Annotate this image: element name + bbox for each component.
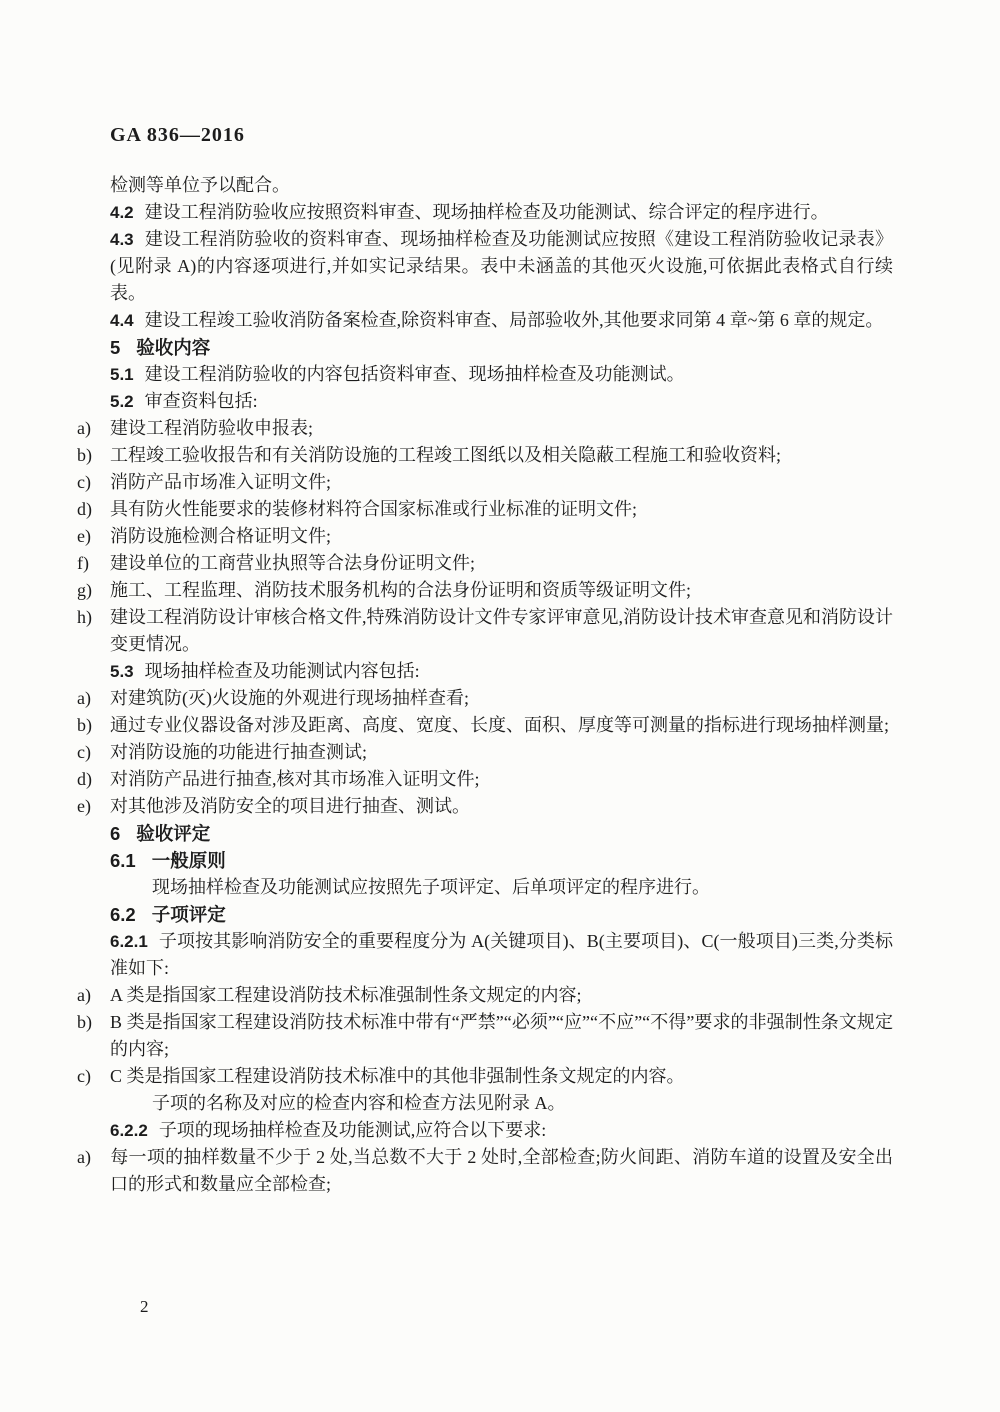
clause-number: 5.1 [110,365,134,384]
standard-code-header: GA 836—2016 [110,124,893,146]
item-text: 建设工程消防验收申报表; [110,418,313,438]
section-number: 6.2 [110,904,136,925]
item-text: C 类是指国家工程建设消防技术标准中的其他非强制性条文规定的内容。 [110,1066,685,1086]
list-item-5-3-e: e)对其他涉及消防安全的项目进行抽查、测试。 [110,793,893,820]
clause-5-2: 5.2审查资料包括: [110,388,893,415]
list-item-6-2-1-c: c)C 类是指国家工程建设消防技术标准中的其他非强制性条文规定的内容。 [110,1063,893,1090]
clause-text: 建设工程消防验收的内容包括资料审查、现场抽样检查及功能测试。 [145,364,685,384]
clause-number: 4.2 [110,203,134,222]
item-label: b) [77,712,110,739]
document-body: 检测等单位予以配合。 4.2建设工程消防验收应按照资料审查、现场抽样检查及功能测… [110,172,893,1198]
section-title: 子项评定 [152,904,226,925]
item-text: 对其他涉及消防安全的项目进行抽查、测试。 [110,796,470,816]
clause-5-1: 5.1建设工程消防验收的内容包括资料审查、现场抽样检查及功能测试。 [110,361,893,388]
item-text: 对建筑防(灭)火设施的外观进行现场抽样查看; [110,688,469,708]
clause-6-2-1: 6.2.1子项按其影响消防安全的重要程度分为 A(关键项目)、B(主要项目)、C… [110,928,893,982]
list-item-5-3-c: c)对消防设施的功能进行抽查测试; [110,739,893,766]
paragraph-6-2-1-note: 子项的名称及对应的检查内容和检查方法见附录 A。 [110,1090,893,1117]
clause-text: 建设工程消防验收应按照资料审查、现场抽样检查及功能测试、综合评定的程序进行。 [145,202,829,222]
item-label: g) [77,577,110,604]
item-label: a) [77,982,110,1009]
section-number: 6.1 [110,850,136,871]
item-label: c) [77,1063,110,1090]
item-text: 对消防设施的功能进行抽查测试; [110,742,367,762]
section-number: 6 [110,823,120,844]
item-text: 通过专业仪器设备对涉及距离、高度、宽度、长度、面积、厚度等可测量的指标进行现场抽… [110,715,889,735]
clause-number: 6.2.2 [110,1121,148,1140]
section-title: 验收评定 [136,823,210,844]
item-label: e) [77,793,110,820]
clause-5-3: 5.3现场抽样检查及功能测试内容包括: [110,658,893,685]
paragraph-lead: 检测等单位予以配合。 [110,172,893,199]
list-item-5-2-e: e)消防设施检测合格证明文件; [110,523,893,550]
clause-text: 建设工程消防验收的资料审查、现场抽样检查及功能测试应按照《建设工程消防验收记录表… [110,229,893,303]
list-item-5-3-a: a)对建筑防(灭)火设施的外观进行现场抽样查看; [110,685,893,712]
item-label: b) [77,1009,110,1036]
item-text: 对消防产品进行抽查,核对其市场准入证明文件; [110,769,480,789]
section-title: 验收内容 [136,337,210,358]
document-page: GA 836—2016 检测等单位予以配合。 4.2建设工程消防验收应按照资料审… [0,0,1000,1412]
item-label: a) [77,1144,110,1171]
item-text: A 类是指国家工程建设消防技术标准强制性条文规定的内容; [110,985,582,1005]
item-label: d) [77,496,110,523]
clause-number: 4.4 [110,311,134,330]
item-label: h) [77,604,110,631]
item-label: d) [77,766,110,793]
clause-number: 5.2 [110,392,134,411]
clause-text: 建设工程竣工验收消防备案检查,除资料审查、局部验收外,其他要求同第 4 章~第 … [145,310,884,330]
list-item-5-2-b: b)工程竣工验收报告和有关消防设施的工程竣工图纸以及相关隐蔽工程施工和验收资料; [110,442,893,469]
clause-text: 审查资料包括: [145,391,258,411]
item-label: a) [77,415,110,442]
item-text: 施工、工程监理、消防技术服务机构的合法身份证明和资质等级证明文件; [110,580,691,600]
item-label: c) [77,739,110,766]
list-item-6-2-1-a: a)A 类是指国家工程建设消防技术标准强制性条文规定的内容; [110,982,893,1009]
clause-text: 子项按其影响消防安全的重要程度分为 A(关键项目)、B(主要项目)、C(一般项目… [110,931,893,978]
clause-4-2: 4.2建设工程消防验收应按照资料审查、现场抽样检查及功能测试、综合评定的程序进行… [110,199,893,226]
list-item-6-2-2-a: a)每一项的抽样数量不少于 2 处,当总数不大于 2 处时,全部检查;防火间距、… [110,1144,893,1198]
list-item-5-2-a: a)建设工程消防验收申报表; [110,415,893,442]
item-text: 具有防火性能要求的装修材料符合国家标准或行业标准的证明文件; [110,499,637,519]
list-item-5-2-h: h)建设工程消防设计审核合格文件,特殊消防设计文件专家评审意见,消防设计技术审查… [110,604,893,658]
section-heading-6-1: 6.1一般原则 [110,847,893,874]
item-label: f) [77,550,110,577]
clause-text: 子项的现场抽样检查及功能测试,应符合以下要求: [159,1120,547,1140]
item-text: 消防产品市场准入证明文件; [110,472,331,492]
clause-text: 现场抽样检查及功能测试内容包括: [145,661,420,681]
clause-4-4: 4.4建设工程竣工验收消防备案检查,除资料审查、局部验收外,其他要求同第 4 章… [110,307,893,334]
paragraph-6-1: 现场抽样检查及功能测试应按照先子项评定、后单项评定的程序进行。 [110,874,893,901]
list-item-5-3-b: b)通过专业仪器设备对涉及距离、高度、宽度、长度、面积、厚度等可测量的指标进行现… [110,712,893,739]
item-label: e) [77,523,110,550]
list-item-5-2-g: g)施工、工程监理、消防技术服务机构的合法身份证明和资质等级证明文件; [110,577,893,604]
section-title: 一般原则 [152,850,226,871]
page-number: 2 [140,1297,149,1317]
list-item-5-2-c: c)消防产品市场准入证明文件; [110,469,893,496]
clause-number: 5.3 [110,662,134,681]
list-item-5-2-d: d)具有防火性能要求的装修材料符合国家标准或行业标准的证明文件; [110,496,893,523]
section-heading-6-2: 6.2子项评定 [110,901,893,928]
list-item-5-2-f: f)建设单位的工商营业执照等合法身份证明文件; [110,550,893,577]
item-text: 工程竣工验收报告和有关消防设施的工程竣工图纸以及相关隐蔽工程施工和验收资料; [110,445,781,465]
clause-number: 4.3 [110,230,134,249]
section-heading-6: 6验收评定 [110,820,893,847]
clause-number: 6.2.1 [110,932,148,951]
clause-4-3: 4.3建设工程消防验收的资料审查、现场抽样检查及功能测试应按照《建设工程消防验收… [110,226,893,307]
item-text: 建设工程消防设计审核合格文件,特殊消防设计文件专家评审意见,消防设计技术审查意见… [110,607,893,654]
list-item-6-2-1-b: b)B 类是指国家工程建设消防技术标准中带有“严禁”“必须”“应”“不应”“不得… [110,1009,893,1063]
section-heading-5: 5验收内容 [110,334,893,361]
section-number: 5 [110,337,120,358]
clause-6-2-2: 6.2.2子项的现场抽样检查及功能测试,应符合以下要求: [110,1117,893,1144]
list-item-5-3-d: d)对消防产品进行抽查,核对其市场准入证明文件; [110,766,893,793]
item-text: 每一项的抽样数量不少于 2 处,当总数不大于 2 处时,全部检查;防火间距、消防… [110,1147,893,1194]
item-text: 消防设施检测合格证明文件; [110,526,331,546]
item-label: a) [77,685,110,712]
item-label: b) [77,442,110,469]
item-text: 建设单位的工商营业执照等合法身份证明文件; [110,553,475,573]
item-text: B 类是指国家工程建设消防技术标准中带有“严禁”“必须”“应”“不应”“不得”要… [110,1012,893,1059]
item-label: c) [77,469,110,496]
